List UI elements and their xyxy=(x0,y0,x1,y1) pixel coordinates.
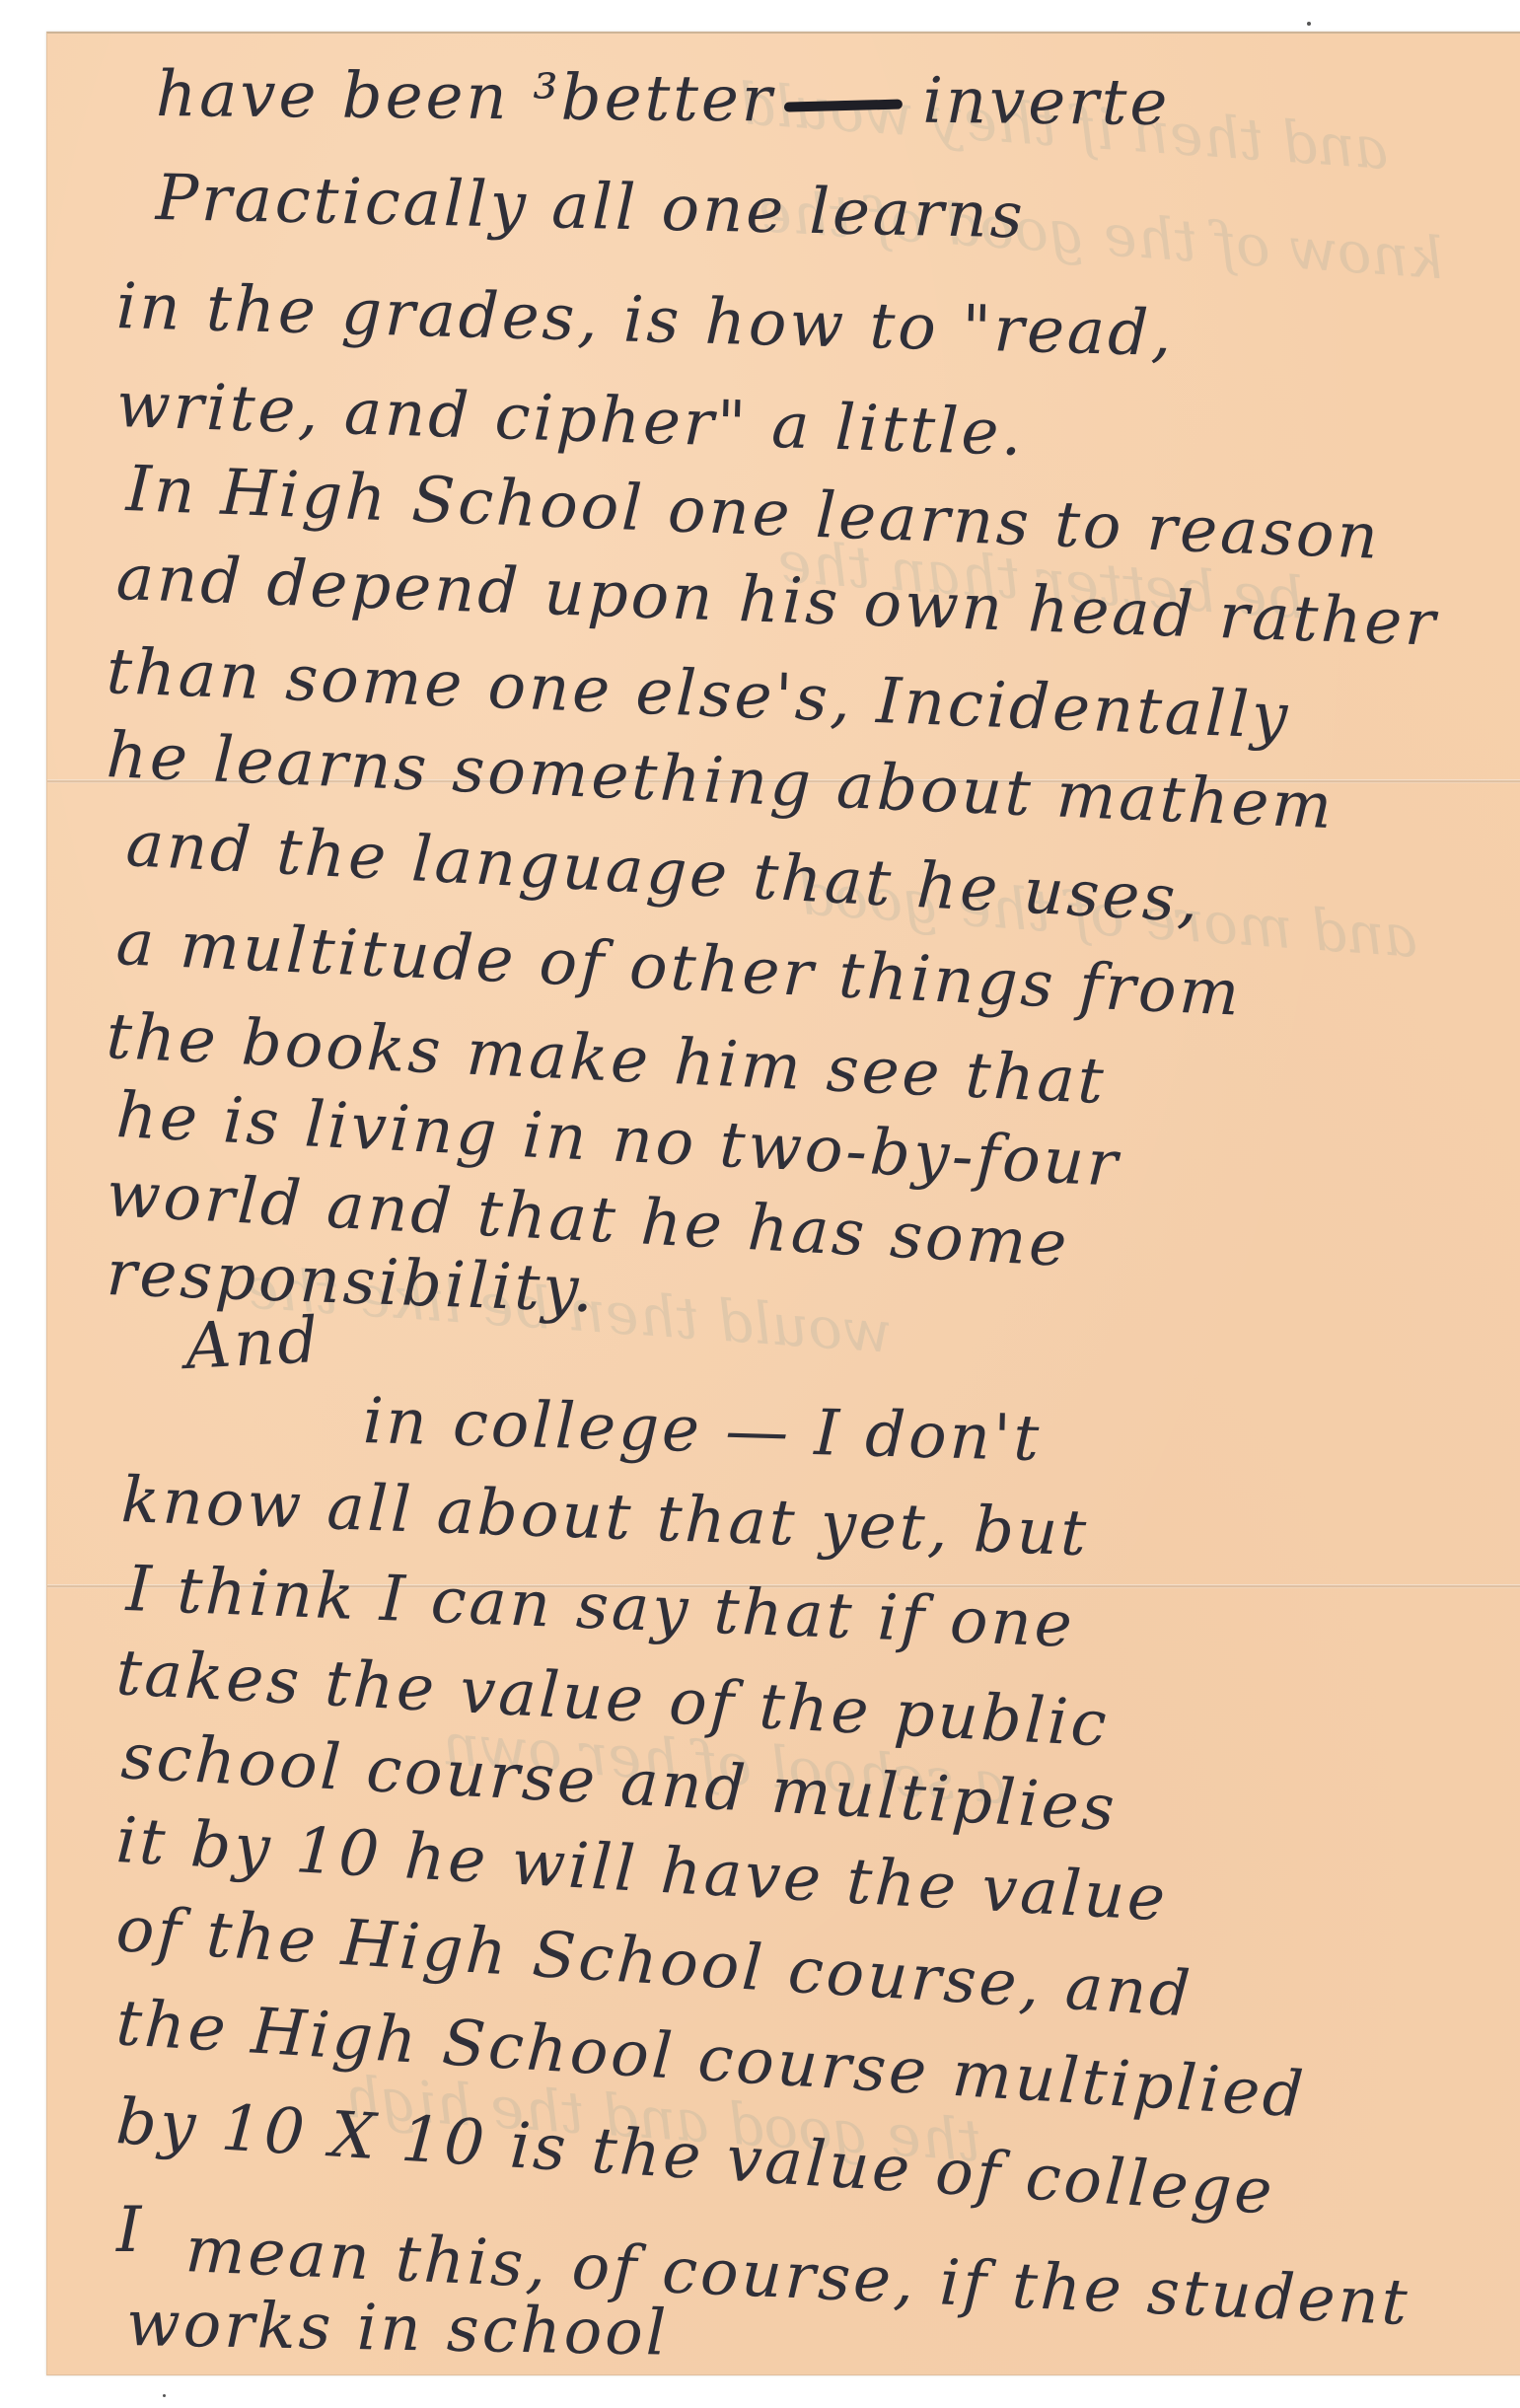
handwritten-line-16: know all about that yet, but xyxy=(120,1469,1090,1566)
handwritten-line-17: I think I can say that if one xyxy=(125,1558,1076,1657)
line-text: have been ³better xyxy=(156,58,775,136)
dust-speck xyxy=(1307,22,1311,26)
handwritten-line-3: in the grades, is how to "read, xyxy=(115,275,1175,366)
handwritten-line-1: have been ³betterinverte xyxy=(156,63,1171,135)
handwritten-line-15a: And xyxy=(183,1309,323,1379)
handwritten-line-4: write, and cipher" a little. xyxy=(115,374,1026,466)
handwritten-line-25: works in school xyxy=(125,2293,669,2366)
line-text-continued: inverte xyxy=(922,65,1171,140)
handwritten-line-24a: I xyxy=(116,2199,144,2262)
handwritten-line-2: Practically all one learns xyxy=(155,167,1026,248)
letter-page: and then if they would know of the good … xyxy=(46,32,1520,2375)
handwritten-line-15b: in college — I don't xyxy=(362,1390,1043,1471)
handwritten-line-14: responsibility. xyxy=(106,1242,597,1322)
dust-speck xyxy=(163,2394,166,2397)
crossed-out-word xyxy=(784,99,903,111)
